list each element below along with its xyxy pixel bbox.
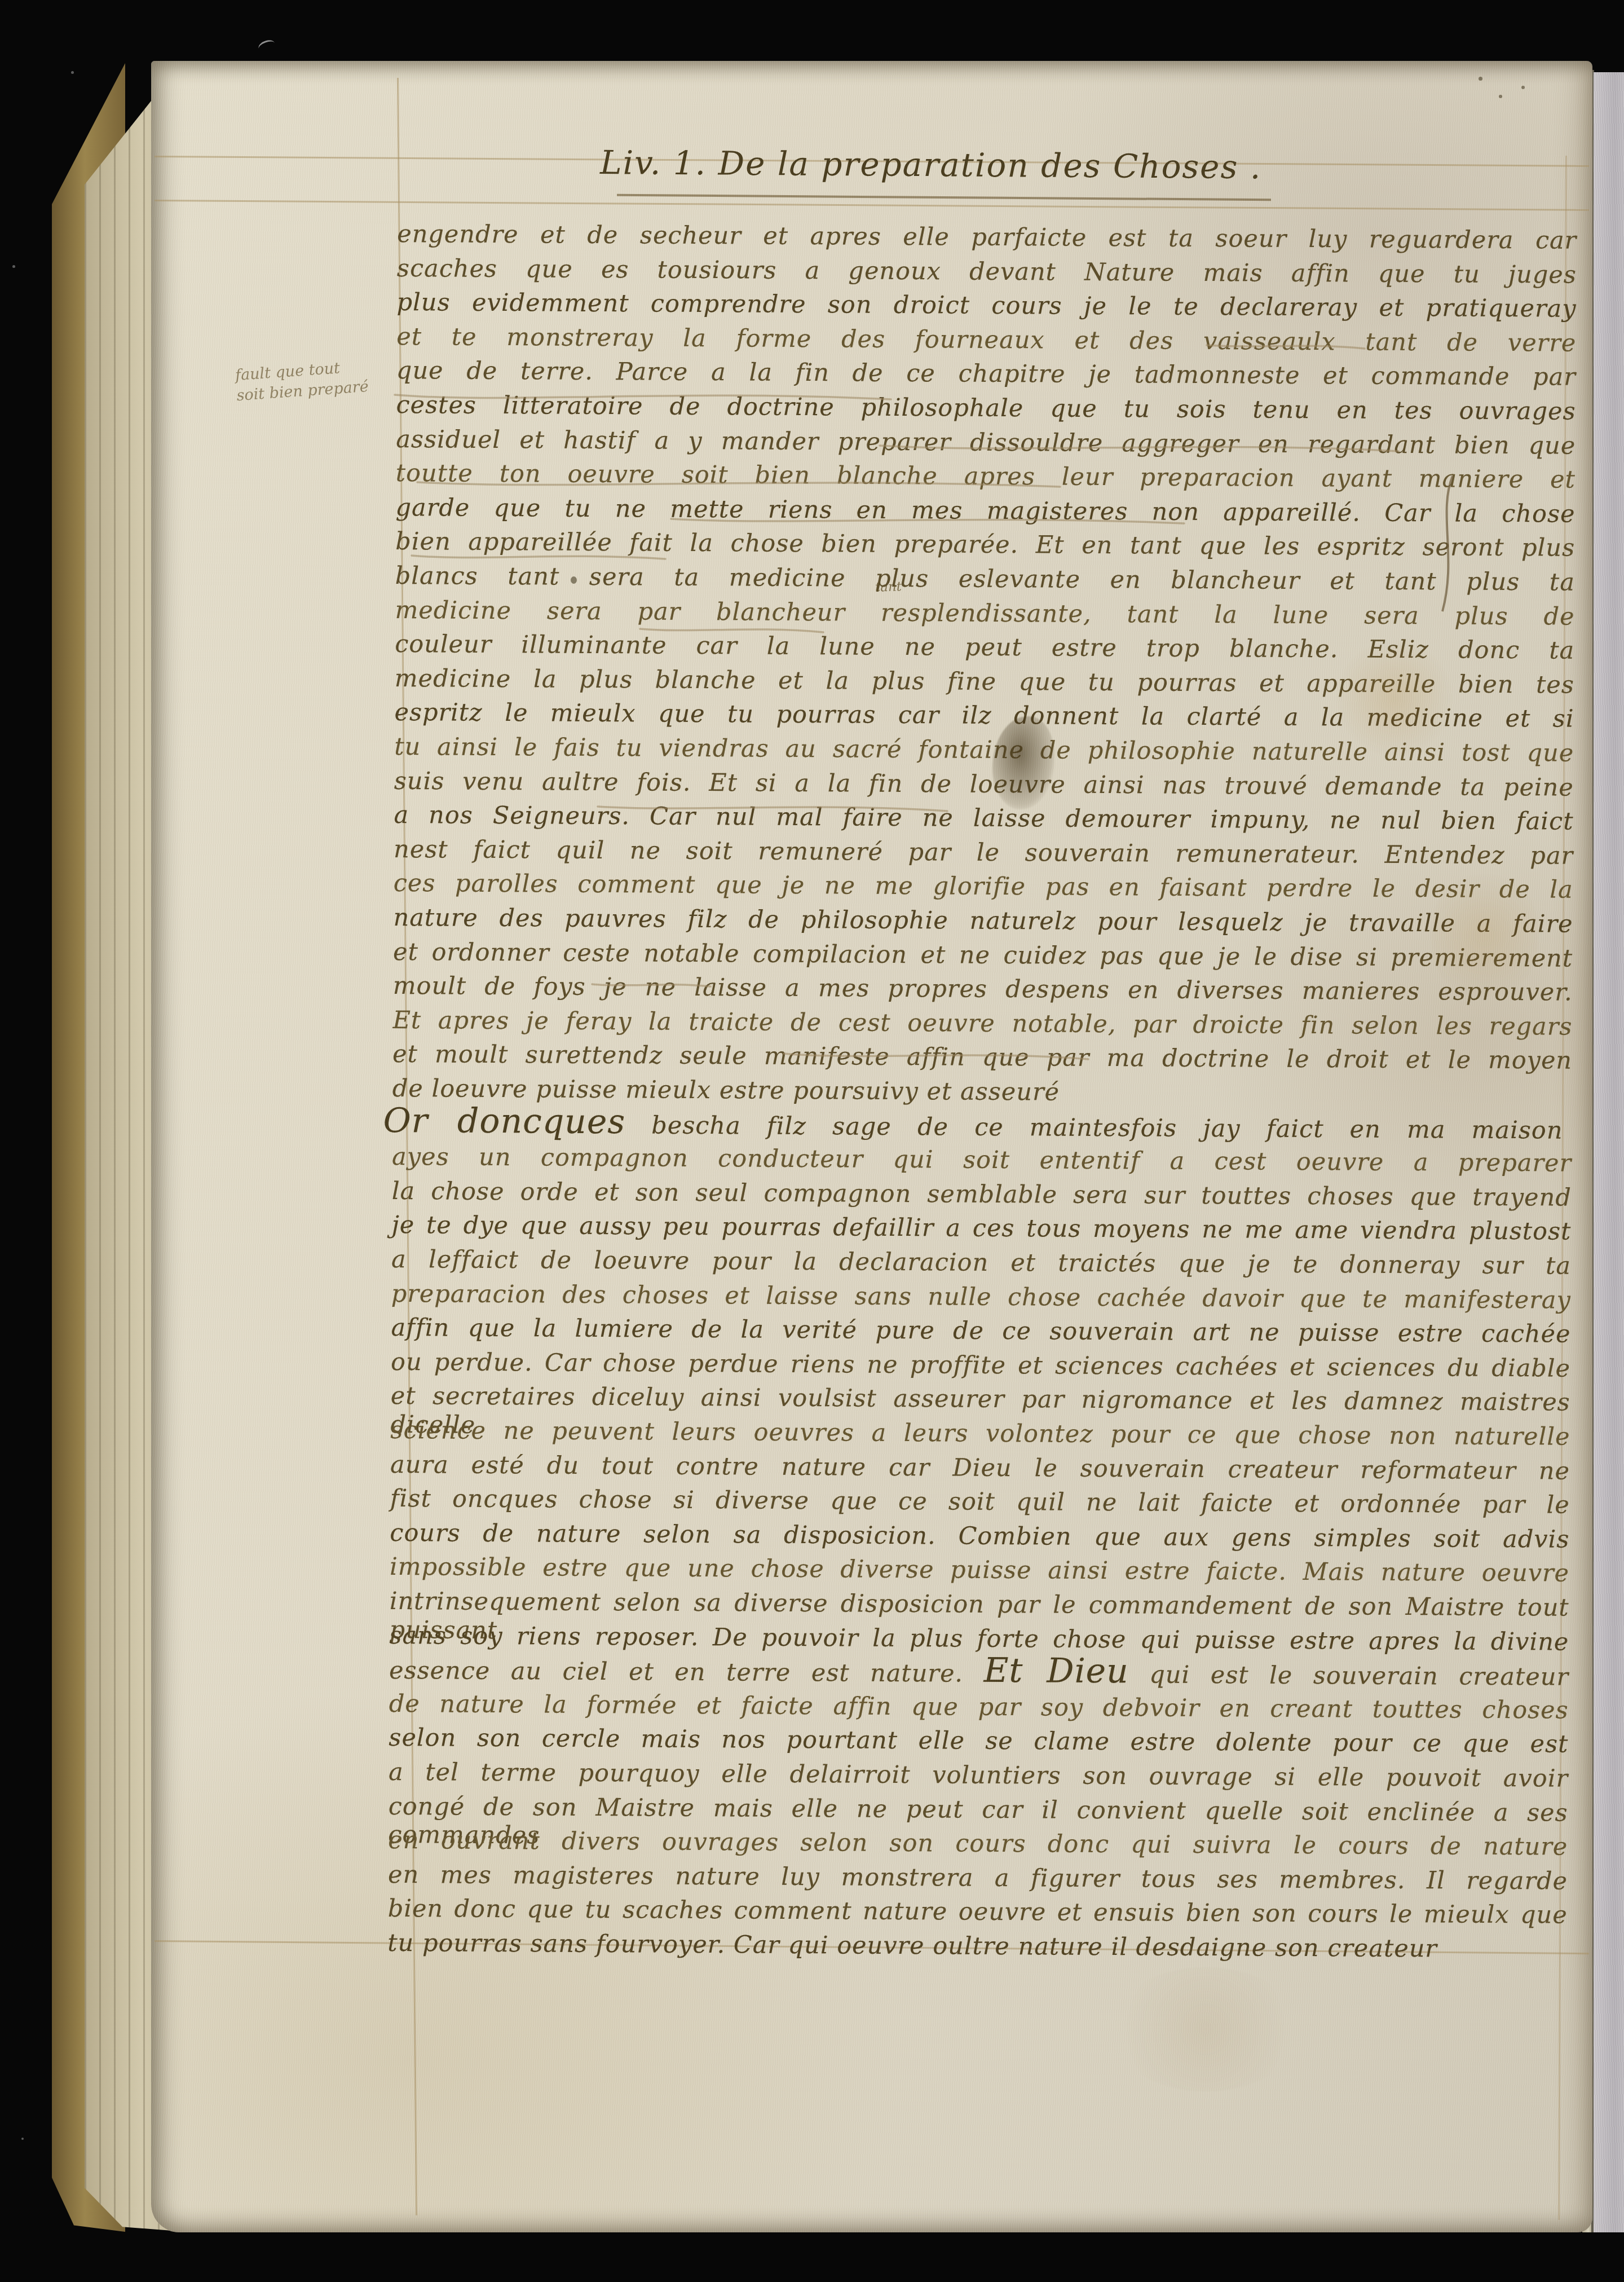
wormhole <box>1479 77 1482 81</box>
wormhole <box>1521 86 1525 89</box>
manuscript-line: ou perdue. Car chose perdue riens ne pro… <box>391 1348 1570 1383</box>
manuscript-line: tu pourras sans fourvoyer. Car qui oeuvr… <box>387 1929 1567 1964</box>
stain <box>1431 865 1538 1006</box>
photo-background: Liv. 1. De la preparation des Choses . f… <box>0 0 1624 2282</box>
manuscript-line: bien donc que tu scaches comment nature … <box>388 1895 1568 1929</box>
emphasized-words: Et Dieu <box>983 1651 1129 1691</box>
manuscript-line: aura esté du tout contre nature car Dieu… <box>390 1451 1570 1486</box>
manuscript-line: science ne peuvent leurs oeuvres a leurs… <box>390 1416 1570 1451</box>
manuscript-line: scaches que es tousiours a genoux devant… <box>397 254 1577 289</box>
manuscript-line: a leffaict de loeuvre pour la declaracio… <box>391 1245 1571 1280</box>
manuscript-line: preparacion des choses et laisse sans nu… <box>391 1280 1571 1315</box>
text-block: engendre et de secheur et apres elle par… <box>386 61 1577 2239</box>
manuscript-line: je te dye que aussy peu pourras defailli… <box>391 1211 1571 1246</box>
manuscript-page: Liv. 1. De la preparation des Choses . f… <box>151 61 1592 2232</box>
dust-fiber <box>257 38 277 54</box>
manuscript-line: cours de nature selon sa disposicion. Co… <box>390 1519 1569 1554</box>
manuscript-line: impossible estre que une chose diverse p… <box>390 1553 1569 1588</box>
manuscript-line: que de terre. Parce a la fin de ce chapi… <box>396 356 1576 391</box>
manuscript-line: assiduel et hastif a y mander preparer d… <box>396 425 1576 460</box>
manuscript-line: ces parolles comment que je ne me glorif… <box>394 869 1573 904</box>
manuscript-line: cestes litteratoire de doctrine philosop… <box>396 391 1576 426</box>
manuscript-line: essence au ciel et en terre est nature. … <box>389 1655 1569 1691</box>
wormhole <box>1499 95 1502 98</box>
manuscript-line: la chose orde et son seul compagnon semb… <box>392 1177 1572 1212</box>
manuscript-line: a nos Seigneurs. Car nul mal faire ne la… <box>394 801 1573 836</box>
dust-speck <box>71 71 74 74</box>
stain <box>1335 639 1454 757</box>
manuscript-line: affin que la lumiere de la verité pure d… <box>391 1314 1570 1349</box>
manuscript-line: et ordonner ceste notable compilacion et… <box>393 938 1573 973</box>
manuscript-line: a tel terme pourquoy elle delairroit vol… <box>389 1758 1568 1793</box>
manuscript-line: nest faict quil ne soit remuneré par le … <box>394 835 1573 870</box>
manuscript-line: et te monstreray la forme des fourneaux … <box>396 323 1576 358</box>
manuscript-line: moult de foys je ne laisse a mes propres… <box>393 972 1573 1007</box>
manuscript-line: Or doncques bescha filz sage de ce maint… <box>383 1108 1563 1144</box>
manuscript-line: medicine sera par blancheur resplendissa… <box>395 596 1574 631</box>
manuscript-line: fist oncques chose si diverse que ce soi… <box>390 1484 1570 1519</box>
manuscript-line: toutte ton oeuvre soit bien blanche apre… <box>396 459 1576 494</box>
ink-speck <box>571 576 577 584</box>
emphasized-words: Or doncques <box>383 1100 625 1141</box>
manuscript-line: plus evidemment comprendre son droict co… <box>396 288 1576 323</box>
manuscript-line: en mes magisteres nature luy monstrera a… <box>388 1861 1568 1896</box>
manuscript-line: sans soy riens reposer. De pouvoir la pl… <box>389 1622 1569 1657</box>
manuscript-line: garde que tu ne mette riens en mes magis… <box>395 494 1575 528</box>
manuscript-line: selon son cercle mais nos pourtant elle … <box>389 1724 1568 1759</box>
facing-page-sliver <box>1594 72 1624 2232</box>
manuscript-line: bien appareillée fait la chose bien prep… <box>395 527 1575 562</box>
dust-speck <box>21 2138 24 2140</box>
manuscript-line: et moult surettendz seule manifeste affi… <box>392 1040 1572 1075</box>
stain <box>1110 1967 1301 2091</box>
manuscript-line: en ouvrant divers ouvrages selon son cou… <box>388 1826 1568 1861</box>
manuscript-line: Et apres je feray la traicte de cest oeu… <box>392 1006 1572 1041</box>
manuscript-line: de nature la formée et faicte affin que … <box>389 1690 1569 1725</box>
manuscript-line: suis venu aultre fois. Et si a la fin de… <box>394 767 1574 802</box>
dust-speck <box>12 265 15 268</box>
manuscript-line: ayes un compagnon conducteur qui soit en… <box>392 1143 1572 1178</box>
manuscript-line: engendre et de secheur et apres elle par… <box>397 220 1577 255</box>
manuscript-line: nature des pauvres filz de philosophie n… <box>393 904 1573 939</box>
